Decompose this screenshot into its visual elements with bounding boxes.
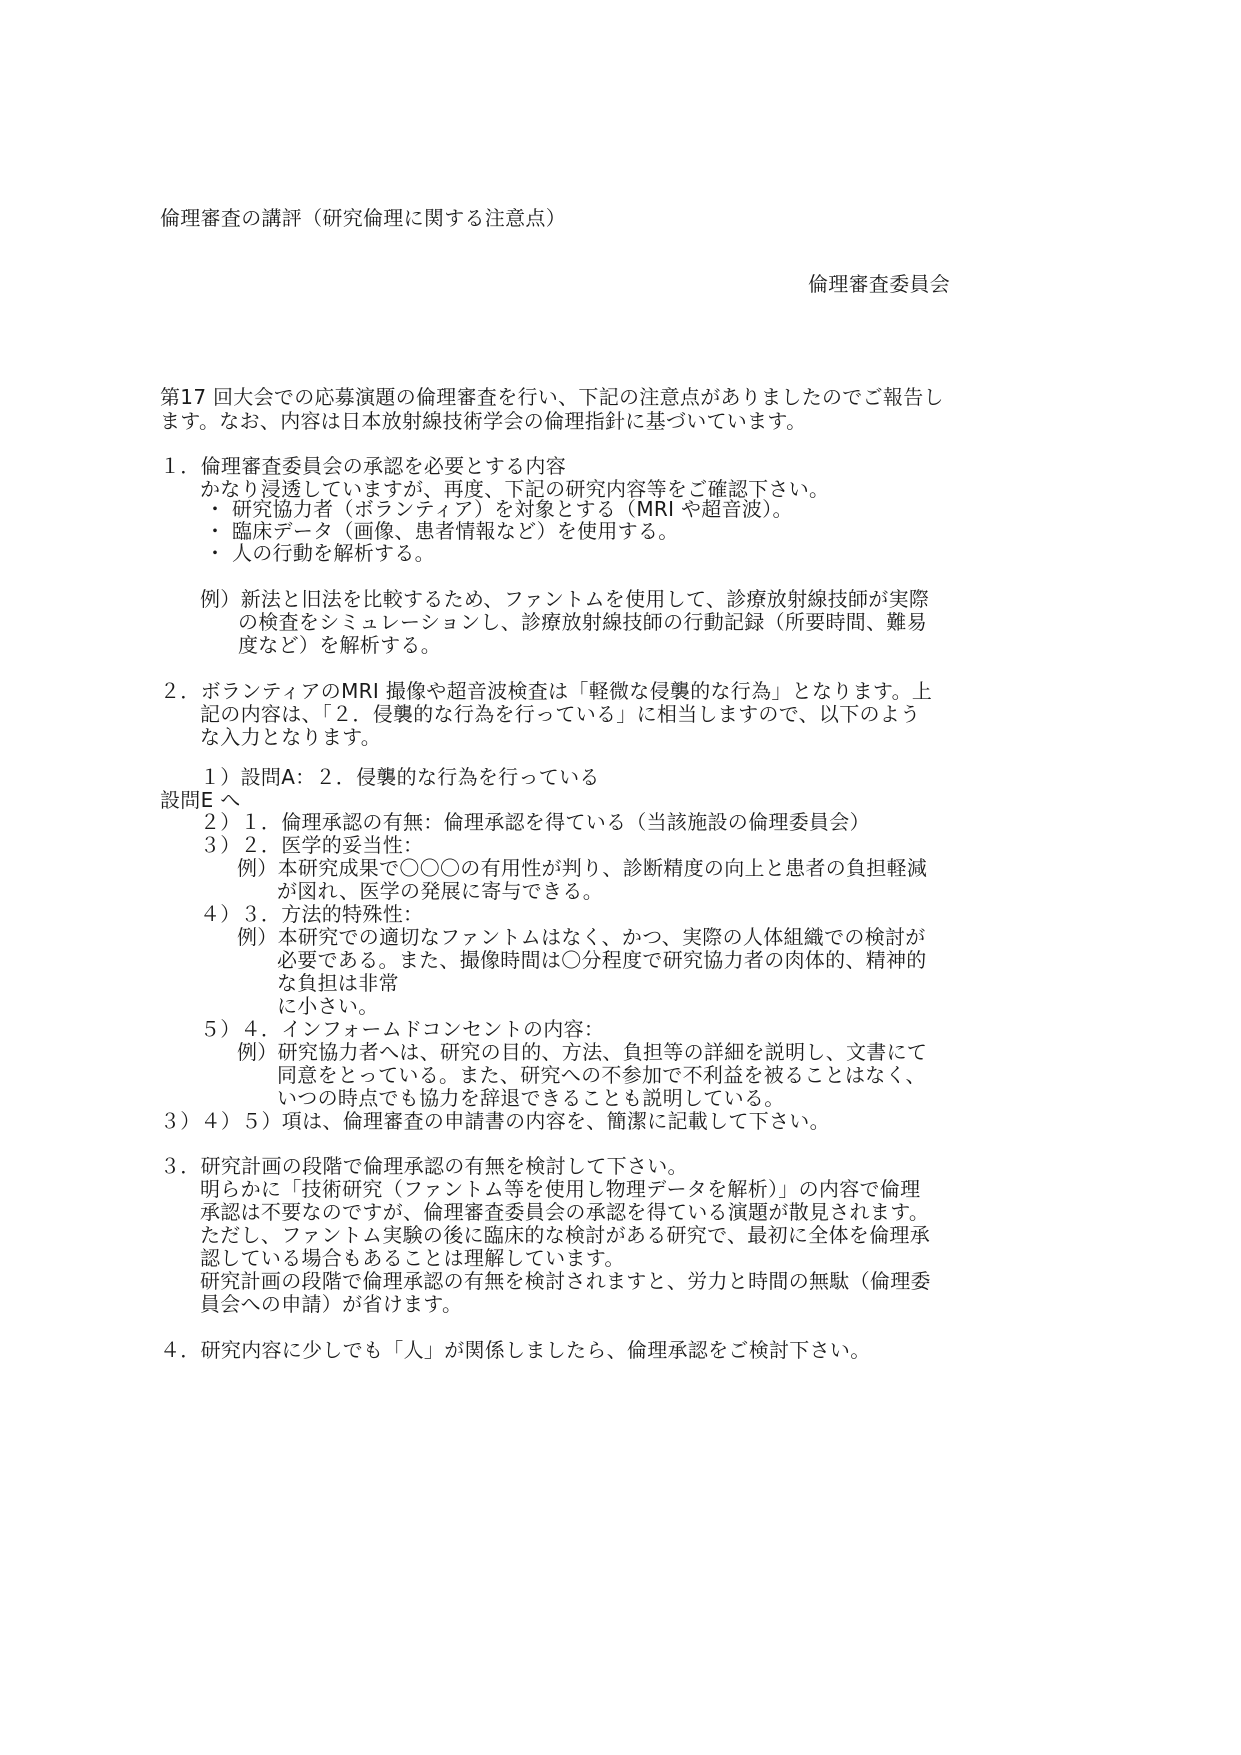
section-2-item: ４）３．方法的特殊性： <box>200 902 423 926</box>
section-2-example: 必要である。また、撮像時間は〇分程度で研究協力者の肉体的、精神的 <box>277 948 927 972</box>
section-2-example: 同意をとっている。また、研究への不参加で不利益を被ることはなく、 <box>277 1063 926 1087</box>
section-2-example: いつの時点でも協力を辞退できることも説明している。 <box>277 1086 785 1110</box>
section-3-line: 承認は不要なのですが、倫理審査委員会の承認を得ている演題が散見されます。 <box>200 1200 929 1224</box>
section-1-bullet: ・ 研究協力者（ボランティア）を対象とする（MRI や超音波）。 <box>205 497 793 521</box>
section-2-item: １）設問A：２．侵襲的な行為を行っている <box>200 765 600 789</box>
intro-line: 第17 回大会での応募演題の倫理審査を行い、下記の注意点がありましたのでご報告し <box>160 385 944 409</box>
section-1-bullet: ・ 臨床データ（画像、患者情報など）を使用する。 <box>205 519 679 543</box>
section-1-bullet: ・ 人の行動を解析する。 <box>205 541 435 565</box>
section-2-example: 例）本研究での適切なファントムはなく、かつ、実際の人体組織での検討が <box>237 925 926 949</box>
intro-line: ます。なお、内容は日本放射線技術学会の倫理指針に基づいています。 <box>160 409 806 433</box>
section-2-item: 設問E へ <box>160 788 241 812</box>
section-2-example: に小さい。 <box>277 994 379 1018</box>
section-2-example: な負担は非常 <box>277 971 399 995</box>
section-3-line: 員会への申請）が省けます。 <box>200 1292 462 1316</box>
section-2-heading: な入力となります。 <box>200 725 381 749</box>
section-3-line: 研究計画の段階で倫理承認の有無を検討されますと、労力と時間の無駄（倫理委 <box>200 1269 931 1293</box>
section-2-heading: ２．ボランティアのMRI 撮像や超音波検査は「軽微な侵襲的な行為」となります。上 <box>160 679 932 703</box>
section-3-line: 明らかに「技術研究（ファントム等を使用し物理データを解析）」の内容で倫理 <box>200 1177 920 1201</box>
section-1-example: 度など）を解析する。 <box>238 633 441 657</box>
document-author: 倫理審査委員会 <box>808 272 950 296</box>
section-2-heading: 記の内容は、「２．侵襲的な行為を行っている」に相当しますので、以下のよう <box>200 702 920 726</box>
section-1-example: の検査をシミュレーションし、診療放射線技師の行動記録（所要時間、難易 <box>238 610 927 634</box>
section-3-line: ただし、ファントム実験の後に臨床的な検討がある研究で、最初に全体を倫理承 <box>200 1223 930 1247</box>
section-1-example: 例）新法と旧法を比較するため、ファントムを使用して、診療放射線技師が実際 <box>200 587 929 611</box>
section-3-line: 認している場合もあることは理解しています。 <box>200 1246 625 1270</box>
section-2-example: が図れ、医学の発展に寄与できる。 <box>277 879 603 903</box>
section-2-note: ３）４）５）項は、倫理審査の申請書の内容を、簡潔に記載して下さい。 <box>160 1109 830 1133</box>
document-page: 倫理審査の講評（研究倫理に関する注意点） 倫理審査委員会 第17 回大会での応募… <box>0 0 1241 1755</box>
section-2-item: ５）４．インフォームドコンセントの内容： <box>200 1017 604 1041</box>
section-3-heading: ３．研究計画の段階で倫理承認の有無を検討して下さい。 <box>160 1154 688 1178</box>
section-2-example: 例）研究協力者へは、研究の目的、方法、負担等の詳細を説明し、文書にて <box>237 1040 927 1064</box>
document-title: 倫理審査の講評（研究倫理に関する注意点） <box>160 206 566 230</box>
section-1-heading: １．倫理審査委員会の承認を必要とする内容 <box>160 454 566 478</box>
section-4-heading: ４．研究内容に少しでも「人」が関係しましたら、倫理承認をご検討下さい。 <box>160 1338 871 1362</box>
section-2-item: ３）２．医学的妥当性： <box>200 833 423 857</box>
section-2-item: ２）１．倫理承認の有無：倫理承認を得ている（当該施設の倫理委員会） <box>200 810 870 834</box>
section-2-example: 例）本研究成果で〇〇〇の有用性が判り、診断精度の向上と患者の負担軽減 <box>237 856 927 880</box>
